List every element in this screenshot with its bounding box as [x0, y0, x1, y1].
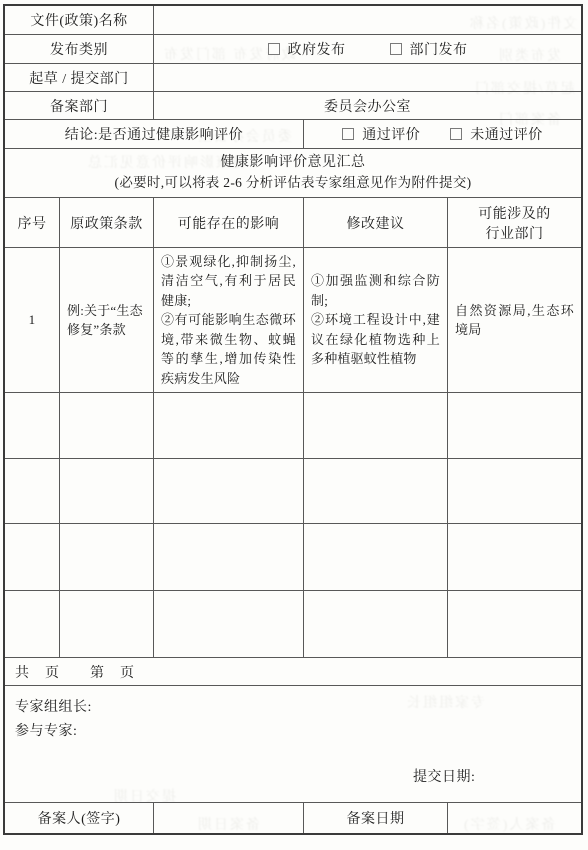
- option-label: 未通过评价: [470, 124, 543, 144]
- summary-title-cell: 健康影响评价意见汇总 (必要时,可以将表 2-6 分析评估表专家组意见作为附件提…: [5, 149, 581, 197]
- row-publish-type: 发布类别 政府发布 部门发布: [5, 35, 581, 64]
- checkbox-icon: [390, 43, 402, 55]
- summary-title: 健康影响评价意见汇总: [221, 153, 366, 173]
- option-label: 部门发布: [410, 39, 468, 59]
- publish-type-label: 发布类别: [5, 35, 154, 63]
- health-impact-evaluation-form: 文件(政策)名称 发布类别 政府发布 部门发布 起草 / 提交部门: [3, 4, 583, 835]
- row-pages: 共 页 第 页: [5, 658, 581, 686]
- header-no: 序号: [5, 198, 60, 247]
- publish-type-options: 政府发布 部门发布: [154, 35, 581, 63]
- cell-departments: [448, 393, 581, 458]
- cell-suggestion: [304, 393, 448, 458]
- record-date-label: 备案日期: [304, 803, 448, 833]
- cell-clause: [60, 393, 154, 458]
- record-dept-label: 备案部门: [5, 92, 154, 119]
- cell-impact: [154, 524, 304, 590]
- cell-impact: [154, 393, 304, 458]
- checkbox-icon: [342, 128, 354, 140]
- option-not-passed: 未通过评价: [450, 124, 543, 144]
- row-signature: 备案人(签字) 备案日期: [5, 803, 581, 833]
- table-row-empty: [5, 459, 581, 524]
- table-header-row: 序号 原政策条款 可能存在的影响 修改建议 可能涉及的 行业部门: [5, 198, 581, 248]
- header-clause: 原政策条款: [60, 198, 154, 247]
- header-departments: 可能涉及的 行业部门: [448, 198, 581, 247]
- doc-name-label: 文件(政策)名称: [5, 6, 154, 34]
- table-row-empty: [5, 393, 581, 459]
- cell-departments: 自然资源局,生态环境局: [448, 248, 581, 392]
- header-impact: 可能存在的影响: [154, 198, 304, 247]
- cell-clause: [60, 459, 154, 523]
- cell-no: [5, 524, 60, 590]
- pages-text: 共 页 第 页: [5, 658, 581, 685]
- cell-suggestion: [304, 591, 448, 657]
- cell-no: [5, 459, 60, 523]
- table-row-empty: [5, 524, 581, 591]
- header-suggestion: 修改建议: [304, 198, 448, 247]
- checkbox-icon: [268, 43, 280, 55]
- cell-suggestion: ①加强监测和综合防制; ②环境工程设计中,建议在绿化植物选种上多种植驱蚊性植物: [304, 248, 448, 392]
- cell-clause: [60, 591, 154, 657]
- row-draft-dept: 起草 / 提交部门: [5, 64, 581, 92]
- conclusion-options: 通过评价 未通过评价: [304, 120, 581, 148]
- table-row-empty: [5, 591, 581, 658]
- experts-cell: 专家组组长: 参与专家: 提交日期:: [5, 686, 581, 802]
- expert-leader-label: 专家组组长:: [15, 696, 571, 720]
- option-gov-publish: 政府发布: [268, 39, 346, 59]
- conclusion-label: 结论:是否通过健康影响评价: [5, 120, 304, 148]
- recorder-signature-space: [154, 803, 304, 833]
- row-doc-name: 文件(政策)名称: [5, 6, 581, 35]
- experts-label: 参与专家:: [15, 720, 571, 744]
- checkbox-icon: [450, 128, 462, 140]
- record-dept-value: 委员会办公室: [154, 92, 581, 119]
- cell-no: [5, 591, 60, 657]
- departments-text: 自然资源局,生态环境局: [455, 301, 574, 340]
- submit-date-label: 提交日期:: [413, 766, 475, 790]
- doc-name-value: [154, 6, 581, 34]
- row-summary-title: 健康影响评价意见汇总 (必要时,可以将表 2-6 分析评估表专家组意见作为附件提…: [5, 149, 581, 198]
- cell-departments: [448, 524, 581, 590]
- suggestion-text: ①加强监测和综合防制; ②环境工程设计中,建议在绿化植物选种上多种植驱蚊性植物: [311, 271, 440, 369]
- cell-clause: [60, 524, 154, 590]
- cell-no: 1: [5, 248, 60, 392]
- row-conclusion: 结论:是否通过健康影响评价 通过评价 未通过评价: [5, 120, 581, 149]
- option-passed: 通过评价: [342, 124, 420, 144]
- option-label: 通过评价: [362, 124, 420, 144]
- draft-dept-label: 起草 / 提交部门: [5, 64, 154, 91]
- cell-departments: [448, 591, 581, 657]
- row-experts: 专家组组长: 参与专家: 提交日期:: [5, 686, 581, 803]
- scanned-form-page: 文件(政策)名称 发布类别 起草/提交部门 备案部门 政府发布 部门发布 委员会…: [0, 0, 588, 850]
- cell-impact: ①景观绿化,抑制扬尘,清洁空气,有利于居民健康; ②有可能影响生态微环境,带来微…: [154, 248, 304, 392]
- cell-impact: [154, 459, 304, 523]
- summary-subtitle: (必要时,可以将表 2-6 分析评估表专家组意见作为附件提交): [115, 173, 472, 193]
- impact-text: ①景观绿化,抑制扬尘,清洁空气,有利于居民健康; ②有可能影响生态微环境,带来微…: [161, 252, 296, 389]
- recorder-label: 备案人(签字): [5, 803, 154, 833]
- cell-suggestion: [304, 524, 448, 590]
- record-date-space: [448, 803, 581, 833]
- cell-no: [5, 393, 60, 458]
- option-dept-publish: 部门发布: [390, 39, 468, 59]
- cell-departments: [448, 459, 581, 523]
- cell-suggestion: [304, 459, 448, 523]
- table-row-example: 1 例:关于“生态修复”条款 ①景观绿化,抑制扬尘,清洁空气,有利于居民健康; …: [5, 248, 581, 393]
- option-label: 政府发布: [288, 39, 346, 59]
- draft-dept-value: [154, 64, 581, 91]
- row-record-dept: 备案部门 委员会办公室: [5, 92, 581, 120]
- cell-impact: [154, 591, 304, 657]
- cell-clause: 例:关于“生态修复”条款: [60, 248, 154, 392]
